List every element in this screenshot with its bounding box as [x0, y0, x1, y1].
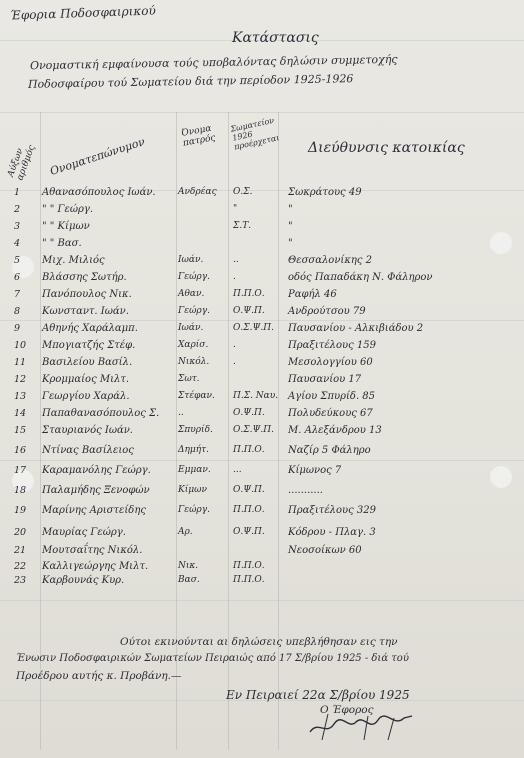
father-name: Γεώργ. — [178, 505, 210, 515]
member-name: Μαυρίας Γεώργ. — [42, 527, 126, 538]
row-number: 1 — [14, 187, 36, 198]
row-number: 11 — [14, 357, 36, 368]
member-name: Μπογιατζής Στέφ. — [42, 340, 135, 351]
member-name: Παπαθανασόπουλος Σ. — [42, 408, 159, 419]
father-name: Εμμαν. — [178, 465, 211, 475]
club-origin: Π.Π.Ο. — [233, 575, 265, 585]
table-row: 13Γεωργίου Χαράλ.Στέφαν.Π.Σ. Ναυ.Αγίου Σ… — [0, 391, 524, 408]
club-origin: Ο.Ψ.Π. — [233, 306, 265, 316]
row-number: 16 — [14, 445, 36, 456]
father-name: Ιωάν. — [178, 323, 203, 333]
document-page: Έφορια Ποδοσφαιρικού Κατάστασις Ονομαστι… — [0, 0, 524, 758]
document-title: Κατάστασις — [232, 30, 319, 46]
address: Αγίου Σπυρίδ. 85 — [288, 391, 375, 402]
club-origin: Ο.Σ.Ψ.Π. — [233, 323, 274, 333]
row-number: 15 — [14, 425, 36, 436]
table-row: 19Μαρίνης ΑριστείδηςΓεώργ.Π.Π.Ο.Πραξιτέλ… — [0, 505, 524, 522]
club-origin: . — [233, 340, 236, 350]
address: " — [288, 238, 293, 249]
club-origin: Π.Π.Ο. — [233, 289, 265, 299]
club-origin: " — [233, 204, 237, 214]
row-number: 17 — [14, 465, 36, 476]
member-name: Σταυριανός Ιωάν. — [42, 425, 133, 436]
table-row: 7Πανόπουλος Νικ.Αθαν.Π.Π.Ο.Ραφήλ 46 — [0, 289, 524, 306]
row-number: 19 — [14, 505, 36, 516]
address: " — [288, 221, 293, 232]
row-number: 23 — [14, 575, 36, 586]
row-number: 18 — [14, 485, 36, 496]
address: Παυσανίου - Αλκιβιάδου 2 — [288, 323, 423, 334]
address: Πολυδεύκους 67 — [288, 408, 373, 419]
father-name: Γεώργ. — [178, 272, 210, 282]
table-row: 23Καρβουνάς Κυρ.Βασ.Π.Π.Ο. — [0, 575, 524, 592]
address: Πραξιτέλους 329 — [288, 505, 376, 516]
column-header-address: Διεύθυνσις κατοικίας — [308, 140, 465, 156]
address: Ραφήλ 46 — [288, 289, 337, 300]
table-row: 12Κρομμαίος Μιλτ.Σωτ.Παυσανίου 17 — [0, 374, 524, 391]
member-name: Καρβουνάς Κυρ. — [42, 575, 124, 586]
member-name: Καλλιγεώργης Μιλτ. — [42, 561, 148, 572]
member-name: " " Κίμων — [42, 221, 90, 232]
table-row: 6Βλάσσης Σωτήρ.Γεώργ..οδός Παπαδάκη Ν. Φ… — [0, 272, 524, 289]
row-number: 13 — [14, 391, 36, 402]
address: Νεοσοίκων 60 — [288, 545, 362, 556]
table-row: 20Μαυρίας Γεώργ.Αρ.Ο.Ψ.Π.Κόδρου - Πλαγ. … — [0, 527, 524, 544]
address: ........... — [288, 485, 323, 496]
member-name: Μαρίνης Αριστείδης — [42, 505, 146, 516]
table-row: 15Σταυριανός Ιωάν.Σπυρίδ.Ο.Σ.Ψ.Π.Μ. Αλεξ… — [0, 425, 524, 442]
address: Παυσανίου 17 — [288, 374, 361, 385]
row-number: 2 — [14, 204, 36, 215]
row-number: 5 — [14, 255, 36, 266]
table-row: 3" " ΚίμωνΣ.Τ." — [0, 221, 524, 238]
office-heading: Έφορια Ποδοσφαιρικού — [10, 3, 156, 22]
row-number: 14 — [14, 408, 36, 419]
table-row: 21Μουτσαΐτης Νικόλ.Νεοσοίκων 60 — [0, 545, 524, 562]
table-row: 11Βασιλείου Βασίλ.Νικόλ..Μεσολογγίου 60 — [0, 357, 524, 374]
father-name: Νικόλ. — [178, 357, 209, 367]
row-number: 22 — [14, 561, 36, 572]
member-name: Κρομμαίος Μιλτ. — [42, 374, 129, 385]
member-name: Βλάσσης Σωτήρ. — [42, 272, 127, 283]
row-number: 8 — [14, 306, 36, 317]
table-row: 14Παπαθανασόπουλος Σ...Ο.Ψ.Π.Πολυδεύκους… — [0, 408, 524, 425]
father-name: Ιωάν. — [178, 255, 203, 265]
father-name: Χαρίσ. — [178, 340, 208, 350]
row-number: 21 — [14, 545, 36, 556]
club-origin: Π.Π.Ο. — [233, 445, 265, 455]
row-number: 20 — [14, 527, 36, 538]
member-name: Βασιλείου Βασίλ. — [42, 357, 132, 368]
table-row: 17Καραμανόλης Γεώργ.Εμμαν....Κίμωνος 7 — [0, 465, 524, 482]
member-name: Αθανασόπουλος Ιωάν. — [42, 187, 156, 198]
club-origin: . — [233, 272, 236, 282]
table-row: 2" " Γεώργ."" — [0, 204, 524, 221]
table-row: 1Αθανασόπουλος Ιωάν.ΑνδρέαςΟ.Σ.Σωκράτους… — [0, 187, 524, 204]
address: Σωκράτους 49 — [288, 187, 362, 198]
footer-line-1: Ούτοι εκινούνται αι δηλώσεις υπεβλήθησαν… — [120, 636, 398, 648]
club-origin: Π.Π.Ο. — [233, 561, 265, 571]
father-name: Κίμων — [178, 485, 207, 495]
father-name: Αρ. — [178, 527, 193, 537]
address: Κίμωνος 7 — [288, 465, 341, 476]
father-name: Αθαν. — [178, 289, 204, 299]
place-date: Εν Πειραιεί 22α Σ/βρίου 1925 — [226, 688, 410, 702]
subtitle-line-1: Ονομαστική εμφαίνουσα τούς υποβαλόντας δ… — [30, 53, 398, 72]
table-row: 5Μιχ. ΜιλιόςΙωάν...Θεσσαλονίκης 2 — [0, 255, 524, 272]
footer-line-2: Ένωσιν Ποδοσφαιρικών Σωματείων Πειραιώς … — [16, 653, 409, 664]
club-origin: Ο.Σ. — [233, 187, 252, 197]
ruled-line — [0, 600, 524, 601]
row-number: 10 — [14, 340, 36, 351]
address: " — [288, 204, 293, 215]
column-header-class: Σωματείον 1926 προέρχεται — [230, 116, 281, 152]
member-name: Καραμανόλης Γεώργ. — [42, 465, 151, 476]
member-name: Γεωργίου Χαράλ. — [42, 391, 130, 402]
father-name: .. — [178, 408, 184, 418]
member-name: Μιχ. Μιλιός — [42, 255, 105, 266]
address: Μεσολογγίου 60 — [288, 357, 373, 368]
row-number: 3 — [14, 221, 36, 232]
club-origin: Π.Σ. Ναυ. — [233, 391, 278, 401]
address: Ανδρούτσου 79 — [288, 306, 366, 317]
club-origin: Σ.Τ. — [233, 221, 251, 231]
ruled-line — [0, 112, 524, 113]
father-name: Νικ. — [178, 561, 198, 571]
member-name: " " Βασ. — [42, 238, 82, 249]
club-origin: ... — [233, 465, 242, 475]
father-name: Δημήτ. — [178, 445, 209, 455]
table-row: 10Μπογιατζής Στέφ.Χαρίσ..Πραξιτέλους 159 — [0, 340, 524, 357]
signature-icon — [308, 710, 418, 740]
row-number: 9 — [14, 323, 36, 334]
row-number: 6 — [14, 272, 36, 283]
column-header-number: Αύξων αριθμός — [6, 145, 36, 182]
member-name: Μουτσαΐτης Νικόλ. — [42, 545, 142, 556]
column-header-father: Όνομα πατρός — [181, 121, 228, 148]
father-name: Σωτ. — [178, 374, 200, 384]
member-name: Παλαμήδης Ξενοφών — [42, 485, 150, 496]
father-name: Ανδρέας — [178, 187, 217, 197]
father-name: Βασ. — [178, 575, 200, 585]
address: Θεσσαλονίκης 2 — [288, 255, 372, 266]
member-name: Αθηνής Χαράλαμπ. — [42, 323, 138, 334]
member-name: Κωνσταντ. Ιωάν. — [42, 306, 129, 317]
table-row: 8Κωνσταντ. Ιωάν.Γεώργ.Ο.Ψ.Π.Ανδρούτσου 7… — [0, 306, 524, 323]
column-header-name: Ονοματεπώνυμον — [48, 135, 146, 178]
footer-line-3: Προέδρου αυτής κ. Προβάνη.— — [16, 670, 182, 682]
address: Πραξιτέλους 159 — [288, 340, 376, 351]
address: Μ. Αλεξάνδρου 13 — [288, 425, 382, 436]
table-row: 9Αθηνής Χαράλαμπ.Ιωάν.Ο.Σ.Ψ.Π.Παυσανίου … — [0, 323, 524, 340]
address: οδός Παπαδάκη Ν. Φάληρον — [288, 272, 433, 283]
club-origin: Ο.Σ.Ψ.Π. — [233, 425, 274, 435]
address: Ναζίρ 5 Φάληρο — [288, 445, 371, 456]
member-name: " " Γεώργ. — [42, 204, 93, 215]
row-number: 7 — [14, 289, 36, 300]
club-origin: Π.Π.Ο. — [233, 505, 265, 515]
member-name: Ντίνας Βασίλειος — [42, 445, 134, 456]
club-origin: Ο.Ψ.Π. — [233, 408, 265, 418]
member-name: Πανόπουλος Νικ. — [42, 289, 132, 300]
row-number: 4 — [14, 238, 36, 249]
club-origin: . — [233, 357, 236, 367]
father-name: Γεώργ. — [178, 306, 210, 316]
table-row: 4" " Βασ." — [0, 238, 524, 255]
father-name: Στέφαν. — [178, 391, 215, 401]
subtitle-line-2: Ποδοσφαίρου τού Σωματείου διά την περίοδ… — [28, 72, 354, 91]
address: Κόδρου - Πλαγ. 3 — [288, 527, 376, 538]
table-row: 18Παλαμήδης ΞενοφώνΚίμωνΟ.Ψ.Π...........… — [0, 485, 524, 502]
father-name: Σπυρίδ. — [178, 425, 213, 435]
club-origin: Ο.Ψ.Π. — [233, 485, 265, 495]
club-origin: Ο.Ψ.Π. — [233, 527, 265, 537]
table-row: 16Ντίνας ΒασίλειοςΔημήτ.Π.Π.Ο.Ναζίρ 5 Φά… — [0, 445, 524, 462]
row-number: 12 — [14, 374, 36, 385]
club-origin: .. — [233, 255, 239, 265]
